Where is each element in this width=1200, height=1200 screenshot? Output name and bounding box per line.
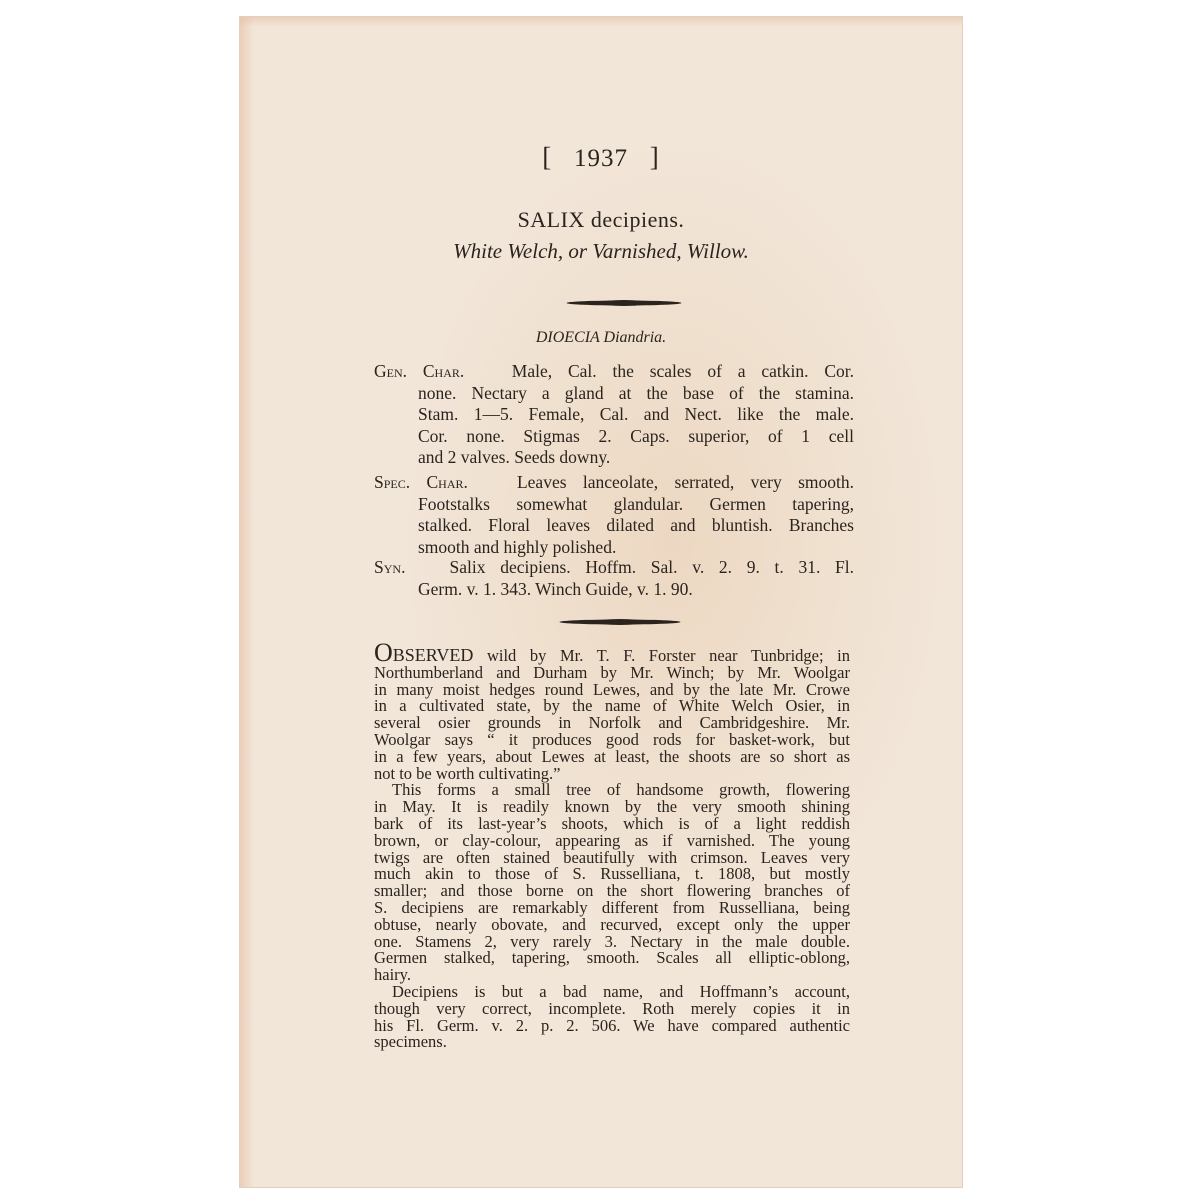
body-line: specimens. [374,1034,850,1051]
synonymy: Syn. Salix decipiens. Hoffm. Sal. v. 2. … [374,557,854,600]
common-name: White Welch, or Varnished, Willow. [240,239,962,264]
spec-char-line: stalked. Floral leaves dilated and blunt… [374,515,854,537]
gen-char-line: none. Nectary a gland at the base of the… [374,383,854,405]
bracket-left: [ [542,142,552,172]
spec-char-line: smooth and highly polished. [374,537,854,559]
plate-number: [ 1937 ] [240,142,962,173]
syn-line: Salix decipiens. Hoffm. Sal. v. 2. 9. t.… [450,557,854,577]
gen-char-line: Cor. none. Stigmas 2. Caps. superior, of… [374,426,854,448]
specific-character: Spec. Char. Leaves lanceolate, serrated,… [374,472,854,558]
plate-number-value: 1937 [574,145,628,172]
species-title: SALIX decipiens. [240,207,962,233]
body-line: Germen stalked, tapering, smooth. Scales… [374,950,850,967]
gen-char-line: and 2 valves. Seeds downy. [374,447,854,469]
spec-char-line: Leaves lanceolate, serrated, very smooth… [517,472,854,492]
generic-character: Gen. Char. Male, Cal. the scales of a ca… [374,361,854,469]
syn-label: Syn. [374,557,405,577]
syn-line: Germ. v. 1. 343. Winch Guide, v. 1. 90. [374,579,854,601]
description-body: Observed wild by Mr. T. F. Forster near … [374,645,850,1051]
gen-char-label: Gen. Char. [374,361,464,381]
book-page: [ 1937 ] SALIX decipiens. White Welch, o… [240,17,962,1187]
ornamental-rule-bottom [560,620,680,624]
bracket-right: ] [650,142,660,172]
gen-char-line: Stam. 1—5. Female, Cal. and Nect. like t… [374,404,854,426]
spec-char-line: Footstalks somewhat glandular. Germen ta… [374,494,854,516]
spec-char-label: Spec. Char. [374,472,468,492]
gen-char-line: Male, Cal. the scales of a catkin. Cor. [512,361,854,381]
ornamental-rule-top [567,301,681,305]
body-line: though very correct, incomplete. Roth me… [374,1001,850,1018]
classification: DIOECIA Diandria. [240,329,962,347]
